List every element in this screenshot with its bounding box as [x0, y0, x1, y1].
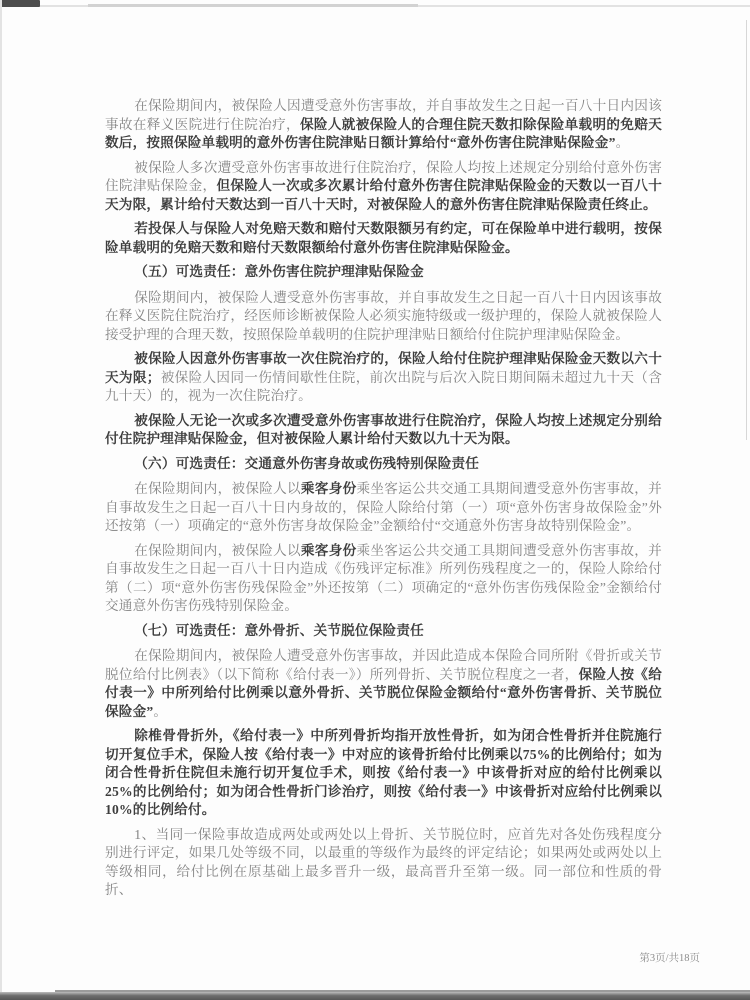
body-paragraph: 1、当同一保险事故造成两处或两处以上骨折、关节脱位时，应首先对各处伤残程度分别进… — [105, 826, 662, 900]
section-heading: （六）可选责任：交通意外伤害身故或伤残特别保险责任 — [105, 455, 662, 474]
text-segment: （七）可选责任：意外骨折、关节脱位保险责任 — [134, 623, 424, 638]
body-paragraph: 在保险期间内，被保险人遭受意外伤害事故，并因此造成本保险合同所附《骨折或关节脱位… — [105, 647, 662, 721]
body-paragraph: 被保险人无论一次或多次遭受意外伤害事故进行住院治疗，保险人均按上述规定分别给付住… — [105, 412, 662, 449]
document-body: 在保险期间内，被保险人因遭受意外伤害事故，并自事故发生之日起一百八十日内因该事故… — [105, 97, 662, 906]
scan-artifact-top-middle — [88, 4, 418, 7]
text-segment: （六）可选责任：交通意外伤害身故或伤残特别保险责任 — [134, 456, 479, 471]
scan-artifact-left-edge — [0, 0, 2, 1000]
body-paragraph: 若投保人与保险人对免赔天数和赔付天数限额另有约定，可在保险单中进行载明，按保险单… — [105, 220, 662, 257]
body-paragraph: 除椎骨骨折外，《给付表一》中所列骨折均指开放性骨折，如为闭合性骨折并住院施行切开… — [105, 727, 662, 820]
scan-artifact-top-left-mark — [0, 0, 40, 7]
document-page: 在保险期间内，被保险人因遭受意外伤害事故，并自事故发生之日起一百八十日内因该事故… — [0, 0, 750, 1000]
text-segment: 除椎骨骨折外，《给付表一》中所列骨折均指开放性骨折，如为闭合性骨折并住院施行切开… — [105, 728, 662, 817]
text-segment: 保险期间内，被保险人遭受意外伤害事故，并自事故发生之日起一百八十日内因该事故在释… — [105, 290, 662, 342]
body-paragraph: 在保险期间内，被保险人以乘客身份乘坐客运公共交通工具期间遭受意外伤害事故，并自事… — [105, 480, 662, 536]
text-segment: 。 — [616, 135, 630, 150]
text-segment: 乘客身份 — [301, 543, 357, 558]
body-paragraph: 在保险期间内，被保险人因遭受意外伤害事故，并自事故发生之日起一百八十日内因该事故… — [105, 97, 662, 153]
body-paragraph: 保险期间内，被保险人遭受意外伤害事故，并自事故发生之日起一百八十日内因该事故在释… — [105, 289, 662, 345]
text-segment: 在保险期间内，被保险人以 — [134, 481, 301, 496]
body-paragraph: 被保险人多次遭受意外伤害事故进行住院治疗，保险人均按上述规定分别给付意外伤害住院… — [105, 159, 662, 215]
text-segment: 在保险期间内，被保险人以 — [134, 543, 301, 558]
scan-artifact-right-edge — [746, 20, 747, 440]
text-segment: 乘客身份 — [301, 481, 357, 496]
text-segment: 被保险人无论一次或多次遭受意外伤害事故进行住院治疗，保险人均按上述规定分别给付住… — [105, 413, 662, 447]
text-segment: 。 — [153, 704, 167, 719]
section-heading: （七）可选责任：意外骨折、关节脱位保险责任 — [105, 622, 662, 641]
text-segment: 被保险人因同一伤情间歇性住院，前次出院与后次入院日期间隔未超过九十天（含九十天）… — [105, 370, 662, 404]
section-heading: （五）可选责任：意外伤害住院护理津贴保险金 — [105, 263, 662, 282]
text-segment: 1、当同一保险事故造成两处或两处以上骨折、关节脱位时，应首先对各处伤残程度分别进… — [105, 827, 662, 898]
scan-artifact-bottom-band — [0, 992, 750, 1000]
body-paragraph: 被保险人因意外伤害事故一次住院治疗的，保险人给付住院护理津贴保险金天数以六十天为… — [105, 350, 662, 406]
text-segment: 若投保人与保险人对免赔天数和赔付天数限额另有约定，可在保险单中进行载明，按保险单… — [105, 221, 662, 255]
page-number: 第3页/共18页 — [639, 950, 700, 965]
text-segment: （五）可选责任：意外伤害住院护理津贴保险金 — [134, 264, 424, 279]
body-paragraph: 在保险期间内，被保险人以乘客身份乘坐客运公共交通工具期间遭受意外伤害事故，并自事… — [105, 542, 662, 616]
